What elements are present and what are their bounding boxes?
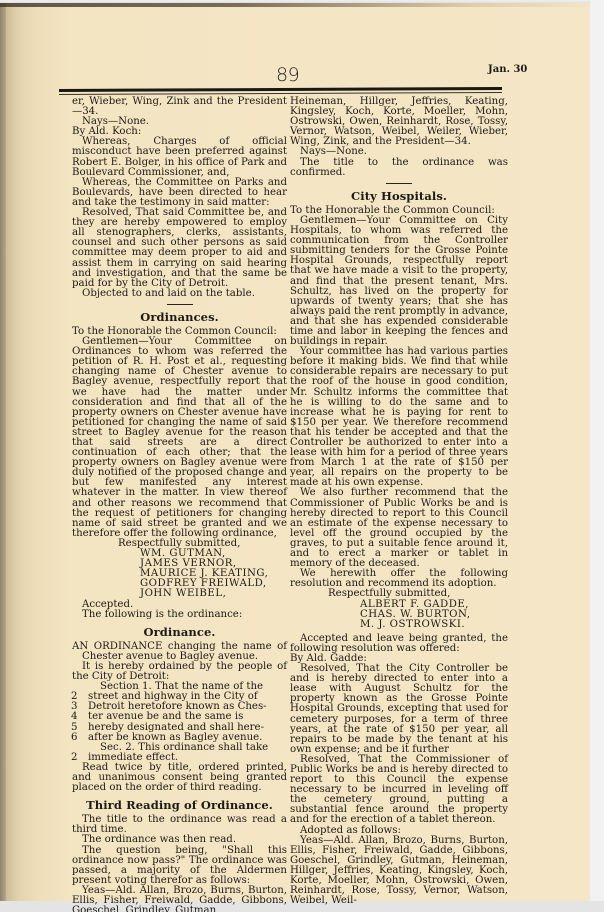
- paragraph: Resolved, That said Committee be, and th…: [72, 208, 287, 289]
- paragraph: Resolved, That the City Controller be an…: [290, 664, 508, 755]
- paragraph: Gentlemen—Your Committee on City Hospita…: [290, 216, 508, 347]
- section-heading-ordinances: Ordinances.: [72, 312, 287, 322]
- paragraph: Whereas, Charges of official misconduct …: [72, 137, 287, 177]
- paragraph: Accepted and leave being granted, the fo…: [290, 634, 508, 654]
- paragraph: Read twice by title, ordered printed, an…: [72, 763, 287, 793]
- paragraph: We also further recommend that the Commi…: [290, 488, 508, 569]
- section-heading-ordinance: Ordinance.: [72, 627, 287, 637]
- signature-name: JOHN WEIBEL,: [72, 589, 287, 599]
- paragraph: The following is the ordinance:: [72, 610, 287, 620]
- paragraph: AN ORDINANCE changing the name of Cheste…: [72, 642, 287, 662]
- header-date: Jan. 30: [488, 64, 527, 75]
- document-viewer: 89 Jan. 30 er, Wieber, Wing, Zink and th…: [0, 0, 604, 912]
- paragraph: Yeas—Ald. Allan, Brozo, Burns, Burton, E…: [290, 836, 508, 907]
- section-divider: [386, 183, 412, 184]
- paragraph: The title to the ordinance was read a th…: [72, 815, 287, 835]
- paragraph-text: It is hereby ordained by the people of t…: [72, 661, 287, 682]
- paragraph: er, Wieber, Wing, Zink and the President…: [72, 97, 287, 117]
- paragraph: The question being, "Shall this ordinanc…: [72, 846, 287, 886]
- section-heading-city-hospitals: City Hospitals.: [290, 191, 508, 201]
- paragraph: Objected to and laid on the table.: [72, 289, 287, 299]
- signature-name: M. J. OSTROWSKI.: [290, 620, 508, 630]
- page-binding-edge: [0, 3, 6, 901]
- signature-intro: Respectfully submitted,: [290, 589, 508, 599]
- section-heading-third-reading: Third Reading of Ordinance.: [72, 800, 287, 810]
- paragraph: Heineman, Hillger, Jeffries, Keating, Ki…: [290, 97, 508, 147]
- paragraph: Yeas—Ald. Allan, Brozo, Burns, Burton, E…: [72, 886, 287, 912]
- paragraph: Gentlemen—Your Committee on Ordinances t…: [72, 337, 287, 539]
- viewer-scrollbar[interactable]: [590, 0, 604, 912]
- paragraph: We herewith offer the following resoluti…: [290, 569, 508, 589]
- page-top-shadow: [0, 3, 590, 7]
- paragraph: Whereas, the Committee on Parks and Boul…: [72, 178, 287, 208]
- paragraph: Resolved, That the Commissioner of Publi…: [290, 755, 508, 826]
- left-column: er, Wieber, Wing, Zink and the President…: [72, 97, 287, 912]
- paragraph: The title to the ordinance was confirmed…: [290, 158, 508, 178]
- paragraph: Your committee has had various parties b…: [290, 347, 508, 488]
- right-column: Heineman, Hillger, Jeffries, Keating, Ki…: [290, 97, 508, 906]
- ordinance-line: 2immediate effect.: [72, 753, 287, 763]
- paragraph: It is hereby ordained by the people of t…: [72, 662, 287, 682]
- section-divider: [167, 304, 193, 305]
- page-number: 89: [276, 64, 299, 86]
